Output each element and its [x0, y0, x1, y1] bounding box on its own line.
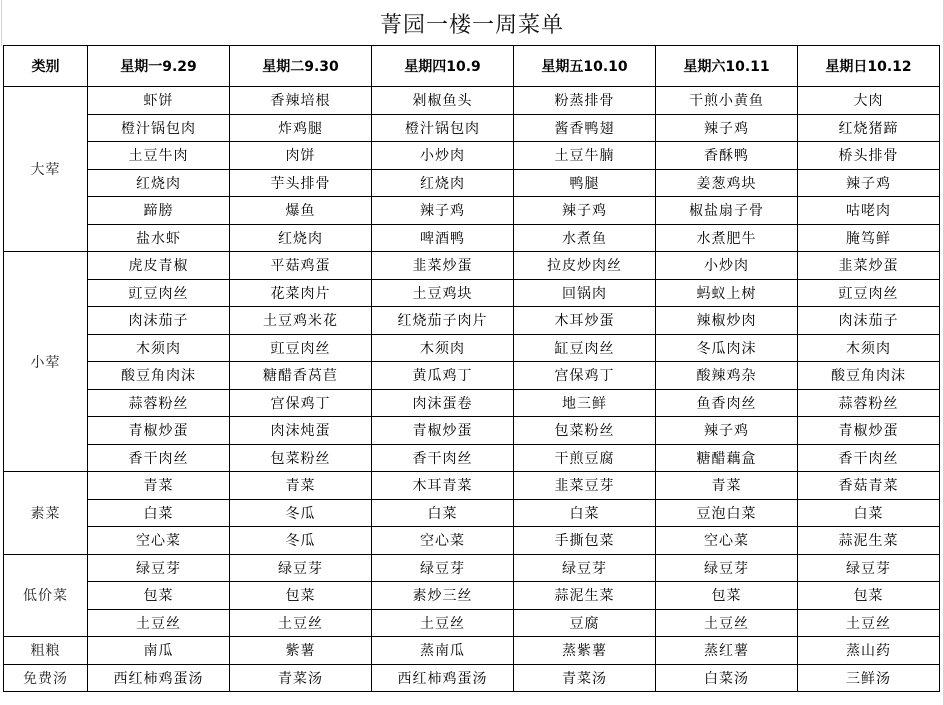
table-row: 低价菜绿豆芽绿豆芽绿豆芽绿豆芽绿豆芽绿豆芽 — [4, 554, 940, 582]
dish-cell[interactable]: 红烧肉 — [372, 169, 514, 197]
dish-cell[interactable]: 青椒炒蛋 — [372, 417, 514, 445]
table-row: 蹄膀爆鱼辣子鸡辣子鸡椒盐扇子骨咕咾肉 — [4, 197, 940, 225]
category-cell[interactable]: 低价菜 — [4, 554, 88, 637]
header-day[interactable]: 星期日10.12 — [798, 46, 940, 87]
dish-cell[interactable]: 青椒炒蛋 — [798, 417, 940, 445]
dish-cell[interactable]: 土豆鸡块 — [372, 279, 514, 307]
dish-cell[interactable]: 青椒炒蛋 — [88, 417, 230, 445]
table-row: 大荤虾饼香辣培根剁椒鱼头粉蒸排骨干煎小黄鱼大肉 — [4, 87, 940, 115]
dish-cell[interactable]: 豇豆肉丝 — [798, 279, 940, 307]
category-cell[interactable]: 素菜 — [4, 472, 88, 555]
dish-cell[interactable]: 辣椒炒肉 — [656, 307, 798, 335]
dish-cell[interactable]: 土豆丝 — [656, 609, 798, 637]
header-row: 类别 星期一9.29 星期二9.30 星期四10.9 星期五10.10 星期六1… — [4, 46, 940, 87]
dish-cell[interactable]: 白菜 — [372, 499, 514, 527]
header-category[interactable]: 类别 — [4, 46, 88, 87]
dish-cell[interactable]: 红烧茄子肉片 — [372, 307, 514, 335]
table-row: 豇豆肉丝花菜肉片土豆鸡块回锅肉蚂蚁上树豇豆肉丝 — [4, 279, 940, 307]
menu-table: 类别 星期一9.29 星期二9.30 星期四10.9 星期五10.10 星期六1… — [3, 45, 940, 692]
dish-cell[interactable]: 花菜肉片 — [230, 279, 372, 307]
dish-cell[interactable]: 空心菜 — [656, 527, 798, 555]
dish-cell[interactable]: 蒜泥生菜 — [514, 582, 656, 610]
dish-cell[interactable]: 包菜粉丝 — [230, 444, 372, 472]
dish-cell[interactable]: 冬瓜肉沫 — [656, 334, 798, 362]
dish-cell[interactable]: 辣子鸡 — [514, 197, 656, 225]
dish-cell[interactable]: 蒸紫薯 — [514, 637, 656, 665]
dish-cell[interactable]: 绿豆芽 — [230, 554, 372, 582]
category-cell[interactable]: 免费汤 — [4, 664, 88, 692]
dish-cell[interactable]: 三鲜汤 — [798, 664, 940, 692]
header-day[interactable]: 星期四10.9 — [372, 46, 514, 87]
dish-cell[interactable]: 青菜汤 — [230, 664, 372, 692]
dish-cell[interactable]: 腌笃鲜 — [798, 224, 940, 252]
dish-cell[interactable]: 土豆鸡米花 — [230, 307, 372, 335]
dish-cell[interactable]: 西红柿鸡蛋汤 — [372, 664, 514, 692]
dish-cell[interactable]: 大肉 — [798, 87, 940, 115]
dish-cell[interactable]: 啤酒鸭 — [372, 224, 514, 252]
dish-cell[interactable]: 芋头排骨 — [230, 169, 372, 197]
dish-cell[interactable]: 小炒肉 — [372, 142, 514, 170]
header-day[interactable]: 星期一9.29 — [88, 46, 230, 87]
dish-cell[interactable]: 水煮肥牛 — [656, 224, 798, 252]
header-day[interactable]: 星期五10.10 — [514, 46, 656, 87]
dish-cell[interactable]: 土豆丝 — [88, 609, 230, 637]
dish-cell[interactable]: 香干肉丝 — [88, 444, 230, 472]
table-row: 粗粮南瓜紫薯蒸南瓜蒸紫薯蒸红薯蒸山药 — [4, 637, 940, 665]
dish-cell[interactable]: 鸭腿 — [514, 169, 656, 197]
dish-cell[interactable]: 鱼香肉丝 — [656, 389, 798, 417]
header-day[interactable]: 星期二9.30 — [230, 46, 372, 87]
dish-cell[interactable]: 韭菜豆芽 — [514, 472, 656, 500]
dish-cell[interactable]: 蒜泥生菜 — [798, 527, 940, 555]
dish-cell[interactable]: 土豆牛腩 — [514, 142, 656, 170]
dish-cell[interactable]: 蚂蚁上树 — [656, 279, 798, 307]
dish-cell[interactable]: 空心菜 — [372, 527, 514, 555]
dish-cell[interactable]: 小炒肉 — [656, 252, 798, 280]
table-row: 小荤虎皮青椒平菇鸡蛋韭菜炒蛋拉皮炒肉丝小炒肉韭菜炒蛋 — [4, 252, 940, 280]
table-row: 土豆牛肉肉饼小炒肉土豆牛腩香酥鸭桥头排骨 — [4, 142, 940, 170]
dish-cell[interactable]: 肉饼 — [230, 142, 372, 170]
table-row: 蒜蓉粉丝宫保鸡丁肉沫蛋卷地三鲜鱼香肉丝蒜蓉粉丝 — [4, 389, 940, 417]
dish-cell[interactable]: 橙汁锅包肉 — [372, 114, 514, 142]
dish-cell[interactable]: 糖醋香莴苣 — [230, 362, 372, 390]
table-row: 酸豆角肉沫糖醋香莴苣黄瓜鸡丁宫保鸡丁酸辣鸡杂酸豆角肉沫 — [4, 362, 940, 390]
dish-cell[interactable]: 冬瓜 — [230, 499, 372, 527]
dish-cell[interactable]: 包菜 — [88, 582, 230, 610]
dish-cell[interactable]: 香酥鸭 — [656, 142, 798, 170]
dish-cell[interactable]: 红烧肉 — [88, 169, 230, 197]
dish-cell[interactable]: 韭菜炒蛋 — [798, 252, 940, 280]
dish-cell[interactable]: 粉蒸排骨 — [514, 87, 656, 115]
dish-cell[interactable]: 绿豆芽 — [514, 554, 656, 582]
dish-cell[interactable]: 豆腐 — [514, 609, 656, 637]
dish-cell[interactable]: 土豆牛肉 — [88, 142, 230, 170]
dish-cell[interactable]: 西红柿鸡蛋汤 — [88, 664, 230, 692]
dish-cell[interactable]: 绿豆芽 — [798, 554, 940, 582]
dish-cell[interactable]: 干煎小黄鱼 — [656, 87, 798, 115]
dish-cell[interactable]: 平菇鸡蛋 — [230, 252, 372, 280]
dish-cell[interactable]: 酸豆角肉沫 — [88, 362, 230, 390]
dish-cell[interactable]: 剁椒鱼头 — [372, 87, 514, 115]
dish-cell[interactable]: 土豆丝 — [372, 609, 514, 637]
dish-cell[interactable]: 干煎豆腐 — [514, 444, 656, 472]
dish-cell[interactable]: 绿豆芽 — [656, 554, 798, 582]
dish-cell[interactable]: 青菜 — [230, 472, 372, 500]
dish-cell[interactable]: 南瓜 — [88, 637, 230, 665]
page-title: 菁园一楼一周菜单 — [380, 8, 564, 39]
dish-cell[interactable]: 包菜粉丝 — [514, 417, 656, 445]
dish-cell[interactable]: 香干肉丝 — [798, 444, 940, 472]
dish-cell[interactable]: 空心菜 — [88, 527, 230, 555]
table-row: 土豆丝土豆丝土豆丝豆腐土豆丝土豆丝 — [4, 609, 940, 637]
dish-cell[interactable]: 木须肉 — [798, 334, 940, 362]
dish-cell[interactable]: 红烧猪蹄 — [798, 114, 940, 142]
table-row: 包菜包菜素炒三丝蒜泥生菜包菜包菜 — [4, 582, 940, 610]
dish-cell[interactable]: 盐水虾 — [88, 224, 230, 252]
dish-cell[interactable]: 酸辣鸡杂 — [656, 362, 798, 390]
table-row: 空心菜冬瓜空心菜手撕包菜空心菜蒜泥生菜 — [4, 527, 940, 555]
dish-cell[interactable]: 白菜 — [514, 499, 656, 527]
dish-cell[interactable]: 豇豆肉丝 — [230, 334, 372, 362]
dish-cell[interactable]: 宫保鸡丁 — [230, 389, 372, 417]
table-row: 木须肉豇豆肉丝木须肉缸豆肉丝冬瓜肉沫木须肉 — [4, 334, 940, 362]
header-day[interactable]: 星期六10.11 — [656, 46, 798, 87]
dish-cell[interactable]: 土豆丝 — [798, 609, 940, 637]
dish-cell[interactable]: 肉沫茄子 — [88, 307, 230, 335]
dish-cell[interactable]: 木须肉 — [88, 334, 230, 362]
table-row: 红烧肉芋头排骨红烧肉鸭腿姜葱鸡块辣子鸡 — [4, 169, 940, 197]
dish-cell[interactable]: 青菜汤 — [514, 664, 656, 692]
dish-cell[interactable]: 蒸南瓜 — [372, 637, 514, 665]
dish-cell[interactable]: 椒盐扇子骨 — [656, 197, 798, 225]
dish-cell[interactable]: 虎皮青椒 — [88, 252, 230, 280]
dish-cell[interactable]: 虾饼 — [88, 87, 230, 115]
dish-cell[interactable]: 辣子鸡 — [372, 197, 514, 225]
dish-cell[interactable]: 白菜 — [798, 499, 940, 527]
dish-cell[interactable]: 香菇青菜 — [798, 472, 940, 500]
dish-cell[interactable]: 包菜 — [230, 582, 372, 610]
dish-cell[interactable]: 肉沫炖蛋 — [230, 417, 372, 445]
dish-cell[interactable]: 木须肉 — [372, 334, 514, 362]
dish-cell[interactable]: 肉沫蛋卷 — [372, 389, 514, 417]
dish-cell[interactable]: 土豆丝 — [230, 609, 372, 637]
dish-cell[interactable]: 蒜蓉粉丝 — [88, 389, 230, 417]
menu-body: 大荤虾饼香辣培根剁椒鱼头粉蒸排骨干煎小黄鱼大肉橙汁锅包肉炸鸡腿橙汁锅包肉酱香鸭翅… — [4, 87, 940, 692]
dish-cell[interactable]: 豆泡白菜 — [656, 499, 798, 527]
category-cell[interactable]: 大荤 — [4, 87, 88, 252]
dish-cell[interactable]: 绿豆芽 — [372, 554, 514, 582]
dish-cell[interactable]: 辣子鸡 — [656, 114, 798, 142]
dish-cell[interactable]: 酱香鸭翅 — [514, 114, 656, 142]
dish-cell[interactable]: 红烧肉 — [230, 224, 372, 252]
dish-cell[interactable]: 紫薯 — [230, 637, 372, 665]
dish-cell[interactable]: 包菜 — [798, 582, 940, 610]
dish-cell[interactable]: 冬瓜 — [230, 527, 372, 555]
dish-cell[interactable]: 韭菜炒蛋 — [372, 252, 514, 280]
dish-cell[interactable]: 香辣培根 — [230, 87, 372, 115]
dish-cell[interactable]: 辣子鸡 — [656, 417, 798, 445]
table-row: 青椒炒蛋肉沫炖蛋青椒炒蛋包菜粉丝辣子鸡青椒炒蛋 — [4, 417, 940, 445]
title-row: 菁园一楼一周菜单 — [0, 0, 944, 46]
dish-cell[interactable]: 木耳炒蛋 — [514, 307, 656, 335]
dish-cell[interactable]: 宫保鸡丁 — [514, 362, 656, 390]
dish-cell[interactable]: 地三鲜 — [514, 389, 656, 417]
category-cell[interactable]: 粗粮 — [4, 637, 88, 665]
dish-cell[interactable]: 拉皮炒肉丝 — [514, 252, 656, 280]
dish-cell[interactable]: 青菜 — [88, 472, 230, 500]
dish-cell[interactable]: 绿豆芽 — [88, 554, 230, 582]
dish-cell[interactable]: 炸鸡腿 — [230, 114, 372, 142]
dish-cell[interactable]: 辣子鸡 — [798, 169, 940, 197]
dish-cell[interactable]: 蒸红薯 — [656, 637, 798, 665]
category-cell[interactable]: 小荤 — [4, 252, 88, 472]
dish-cell[interactable]: 豇豆肉丝 — [88, 279, 230, 307]
dish-cell[interactable]: 木耳青菜 — [372, 472, 514, 500]
dish-cell[interactable]: 蒜蓉粉丝 — [798, 389, 940, 417]
table-row: 免费汤西红柿鸡蛋汤青菜汤西红柿鸡蛋汤青菜汤白菜汤三鲜汤 — [4, 664, 940, 692]
table-row: 盐水虾红烧肉啤酒鸭水煮鱼水煮肥牛腌笃鲜 — [4, 224, 940, 252]
dish-cell[interactable]: 蹄膀 — [88, 197, 230, 225]
table-row: 白菜冬瓜白菜白菜豆泡白菜白菜 — [4, 499, 940, 527]
dish-cell[interactable]: 手撕包菜 — [514, 527, 656, 555]
dish-cell[interactable]: 包菜 — [656, 582, 798, 610]
dish-cell[interactable]: 姜葱鸡块 — [656, 169, 798, 197]
dish-cell[interactable]: 肉沫茄子 — [798, 307, 940, 335]
dish-cell[interactable]: 黄瓜鸡丁 — [372, 362, 514, 390]
dish-cell[interactable]: 爆鱼 — [230, 197, 372, 225]
table-row: 肉沫茄子土豆鸡米花红烧茄子肉片木耳炒蛋辣椒炒肉肉沫茄子 — [4, 307, 940, 335]
dish-cell[interactable]: 蒸山药 — [798, 637, 940, 665]
dish-cell[interactable]: 桥头排骨 — [798, 142, 940, 170]
dish-cell[interactable]: 白菜汤 — [656, 664, 798, 692]
dish-cell[interactable]: 香干肉丝 — [372, 444, 514, 472]
table-row: 素菜青菜青菜木耳青菜韭菜豆芽青菜香菇青菜 — [4, 472, 940, 500]
dish-cell[interactable]: 糖醋藕盒 — [656, 444, 798, 472]
dish-cell[interactable]: 青菜 — [656, 472, 798, 500]
dish-cell[interactable]: 水煮鱼 — [514, 224, 656, 252]
dish-cell[interactable]: 酸豆角肉沫 — [798, 362, 940, 390]
table-row: 香干肉丝包菜粉丝香干肉丝干煎豆腐糖醋藕盒香干肉丝 — [4, 444, 940, 472]
dish-cell[interactable]: 素炒三丝 — [372, 582, 514, 610]
table-row: 橙汁锅包肉炸鸡腿橙汁锅包肉酱香鸭翅辣子鸡红烧猪蹄 — [4, 114, 940, 142]
dish-cell[interactable]: 缸豆肉丝 — [514, 334, 656, 362]
dish-cell[interactable]: 咕咾肉 — [798, 197, 940, 225]
dish-cell[interactable]: 白菜 — [88, 499, 230, 527]
dish-cell[interactable]: 橙汁锅包肉 — [88, 114, 230, 142]
dish-cell[interactable]: 回锅肉 — [514, 279, 656, 307]
